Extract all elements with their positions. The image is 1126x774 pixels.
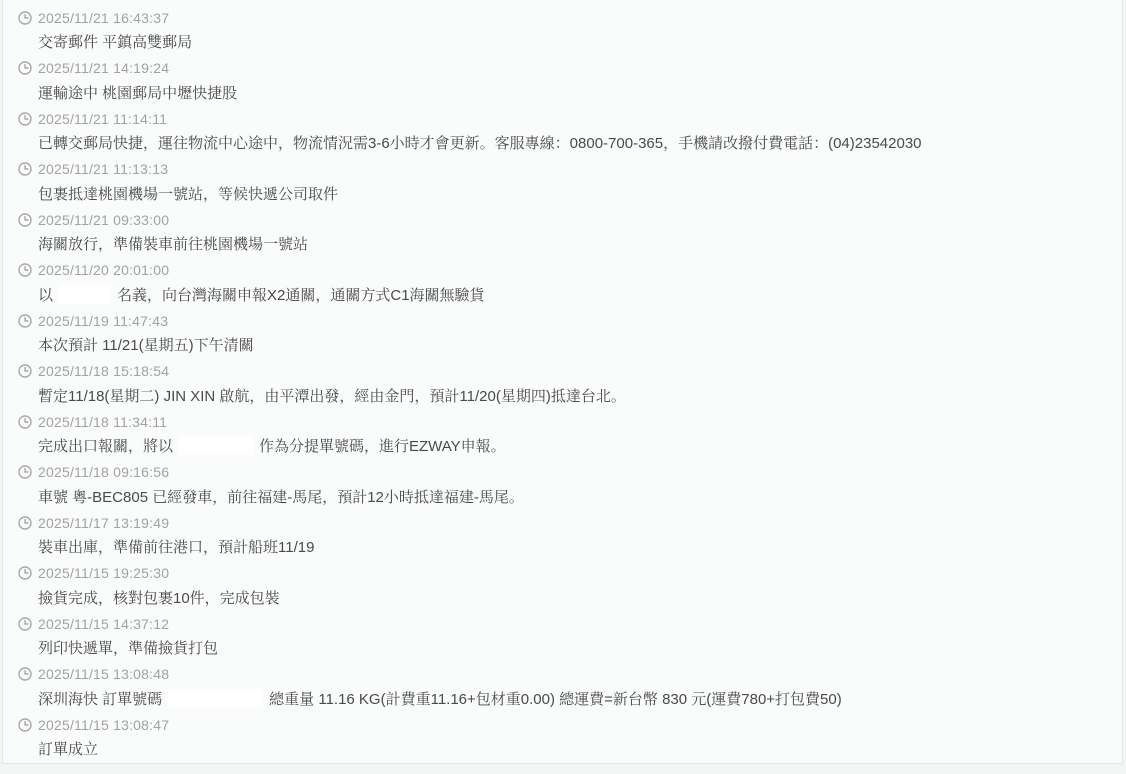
event-timestamp-row: 2025/11/17 13:19:49	[3, 510, 1122, 535]
event-timestamp-row: 2025/11/15 13:08:48	[3, 662, 1122, 687]
event-text: 車號 粵-BEC805 已經發車，前往福建-馬尾，預計12小時抵達福建-馬尾。	[38, 489, 524, 506]
event-timestamp: 2025/11/21 11:13:13	[38, 161, 168, 177]
tracking-event: 2025/11/15 13:08:48 深圳海快 訂單號碼總重量 11.16 K…	[3, 662, 1122, 713]
event-description: 車號 粵-BEC805 已經發車，前往福建-馬尾，預計12小時抵達福建-馬尾。	[3, 485, 1122, 510]
tracking-event: 2025/11/18 15:18:54 暫定11/18(星期二) JIN XIN…	[3, 359, 1122, 410]
clock-icon	[18, 162, 32, 176]
event-timestamp-row: 2025/11/15 13:08:47	[3, 712, 1122, 737]
tracking-event: 2025/11/21 11:14:11 已轉交郵局快捷，運往物流中心途中，物流情…	[3, 106, 1122, 157]
tracking-event: 2025/11/19 11:47:43 本次預計 11/21(星期五)下午清關	[3, 308, 1122, 359]
redacted-value-box	[179, 436, 253, 455]
event-timestamp-row: 2025/11/21 11:14:11	[3, 106, 1122, 131]
event-timestamp-row: 2025/11/21 14:19:24	[3, 56, 1122, 81]
clock-icon	[18, 61, 32, 75]
event-description: 交寄郵件 平鎮高雙郵局	[3, 30, 1122, 55]
event-timestamp-row: 2025/11/18 11:34:11	[3, 409, 1122, 434]
event-text: 名義，向台灣海關申報X2通關，通關方式C1海關無驗貨	[117, 287, 485, 304]
event-description: 列印快遞單，準備撿貨打包	[3, 636, 1122, 661]
event-description: 訂單成立	[3, 737, 1122, 762]
event-timestamp: 2025/11/18 15:18:54	[38, 363, 169, 379]
event-timestamp: 2025/11/19 11:47:43	[38, 313, 168, 329]
event-text: 深圳海快 訂單號碼	[38, 691, 162, 708]
clock-icon	[18, 415, 32, 429]
redacted-value-box	[59, 285, 111, 304]
tracking-event: 2025/11/20 20:01:00 以名義，向台灣海關申報X2通關，通關方式…	[3, 258, 1122, 309]
redacted-value-box	[168, 689, 263, 708]
clock-icon	[18, 516, 32, 530]
event-text: 撿貨完成，核對包裹10件，完成包裝	[38, 590, 280, 607]
event-description: 已轉交郵局快捷，運往物流中心途中，物流情況需3-6小時才會更新。客服專線：080…	[3, 131, 1122, 156]
event-text: 已轉交郵局快捷，運往物流中心途中，物流情況需3-6小時才會更新。客服專線：080…	[38, 135, 922, 152]
tracking-event: 2025/11/21 14:19:24 運輸途中 桃園郵局中壢快捷股	[3, 56, 1122, 107]
event-timestamp-row: 2025/11/21 09:33:00	[3, 207, 1122, 232]
event-description: 深圳海快 訂單號碼總重量 11.16 KG(計費重11.16+包材重0.00) …	[3, 687, 1122, 712]
event-timestamp-row: 2025/11/21 11:13:13	[3, 157, 1122, 182]
event-timestamp: 2025/11/21 14:19:24	[38, 60, 169, 76]
event-timestamp-row: 2025/11/19 11:47:43	[3, 308, 1122, 333]
event-timestamp: 2025/11/15 13:08:47	[38, 717, 169, 733]
event-description: 暫定11/18(星期二) JIN XIN 啟航，由平潭出發，經由金門，預計11/…	[3, 384, 1122, 409]
tracking-event: 2025/11/18 09:16:56 車號 粵-BEC805 已經發車，前往福…	[3, 460, 1122, 511]
tracking-event: 2025/11/21 09:33:00 海關放行，準備裝車前往桃園機場一號站	[3, 207, 1122, 258]
event-timestamp: 2025/11/17 13:19:49	[38, 515, 169, 531]
event-timestamp: 2025/11/15 13:08:48	[38, 666, 169, 682]
event-text: 列印快遞單，準備撿貨打包	[38, 640, 218, 657]
clock-icon	[18, 667, 32, 681]
event-text: 運輸途中 桃園郵局中壢快捷股	[38, 85, 237, 102]
clock-icon	[18, 213, 32, 227]
event-description: 完成出口報關，將以作為分提單號碼，進行EZWAY申報。	[3, 434, 1122, 459]
event-timestamp-row: 2025/11/18 09:16:56	[3, 460, 1122, 485]
clock-icon	[18, 263, 32, 277]
event-text: 以	[38, 287, 53, 304]
tracking-event: 2025/11/18 11:34:11 完成出口報關，將以作為分提單號碼，進行E…	[3, 409, 1122, 460]
tracking-event: 2025/11/15 19:25:30 撿貨完成，核對包裹10件，完成包裝	[3, 561, 1122, 612]
event-description: 海關放行，準備裝車前往桃園機場一號站	[3, 232, 1122, 257]
clock-icon	[18, 314, 32, 328]
event-description: 運輸途中 桃園郵局中壢快捷股	[3, 81, 1122, 106]
clock-icon	[18, 718, 32, 732]
event-timestamp: 2025/11/21 09:33:00	[38, 212, 169, 228]
clock-icon	[18, 364, 32, 378]
tracking-timeline-panel: 2025/11/21 16:43:37 交寄郵件 平鎮高雙郵局 2025/11/…	[2, 0, 1123, 764]
event-timestamp-row: 2025/11/20 20:01:00	[3, 258, 1122, 283]
clock-icon	[18, 11, 32, 25]
tracking-event: 2025/11/21 16:43:37 交寄郵件 平鎮高雙郵局	[3, 5, 1122, 56]
event-timestamp: 2025/11/15 14:37:12	[38, 616, 169, 632]
event-description: 本次預計 11/21(星期五)下午清關	[3, 333, 1122, 358]
event-text: 訂單成立	[38, 741, 98, 758]
event-text: 交寄郵件 平鎮高雙郵局	[38, 34, 192, 51]
event-timestamp: 2025/11/15 19:25:30	[38, 565, 169, 581]
event-text: 包裹抵達桃園機場一號站，等候快遞公司取件	[38, 186, 338, 203]
event-text: 本次預計 11/21(星期五)下午清關	[38, 337, 254, 354]
event-timestamp-row: 2025/11/18 15:18:54	[3, 359, 1122, 384]
event-description: 包裹抵達桃園機場一號站，等候快遞公司取件	[3, 182, 1122, 207]
event-text: 裝車出庫，準備前往港口，預計船班11/19	[38, 539, 314, 556]
event-description: 撿貨完成，核對包裹10件，完成包裝	[3, 586, 1122, 611]
event-text: 完成出口報關，將以	[38, 438, 173, 455]
event-description: 裝車出庫，準備前往港口，預計船班11/19	[3, 535, 1122, 560]
tracking-timeline: 2025/11/21 16:43:37 交寄郵件 平鎮高雙郵局 2025/11/…	[3, 5, 1122, 763]
event-timestamp-row: 2025/11/15 19:25:30	[3, 561, 1122, 586]
event-text: 暫定11/18(星期二) JIN XIN 啟航，由平潭出發，經由金門，預計11/…	[38, 388, 626, 405]
tracking-event: 2025/11/21 11:13:13 包裹抵達桃園機場一號站，等候快遞公司取件	[3, 157, 1122, 208]
clock-icon	[18, 112, 32, 126]
event-text: 作為分提單號碼，進行EZWAY申報。	[259, 438, 506, 455]
event-timestamp: 2025/11/18 11:34:11	[38, 414, 167, 430]
event-timestamp: 2025/11/21 16:43:37	[38, 10, 169, 26]
clock-icon	[18, 465, 32, 479]
tracking-event: 2025/11/15 13:08:47 訂單成立	[3, 712, 1122, 763]
event-description: 以名義，向台灣海關申報X2通關，通關方式C1海關無驗貨	[3, 283, 1122, 308]
event-text: 海關放行，準備裝車前往桃園機場一號站	[38, 236, 308, 253]
event-timestamp-row: 2025/11/21 16:43:37	[3, 5, 1122, 30]
event-timestamp: 2025/11/21 11:14:11	[38, 111, 167, 127]
event-text: 總重量 11.16 KG(計費重11.16+包材重0.00) 總運費=新台幣 8…	[269, 691, 842, 708]
tracking-event: 2025/11/17 13:19:49 裝車出庫，準備前往港口，預計船班11/1…	[3, 510, 1122, 561]
event-timestamp: 2025/11/20 20:01:00	[38, 262, 169, 278]
tracking-event: 2025/11/15 14:37:12 列印快遞單，準備撿貨打包	[3, 611, 1122, 662]
event-timestamp: 2025/11/18 09:16:56	[38, 464, 169, 480]
clock-icon	[18, 566, 32, 580]
clock-icon	[18, 617, 32, 631]
event-timestamp-row: 2025/11/15 14:37:12	[3, 611, 1122, 636]
